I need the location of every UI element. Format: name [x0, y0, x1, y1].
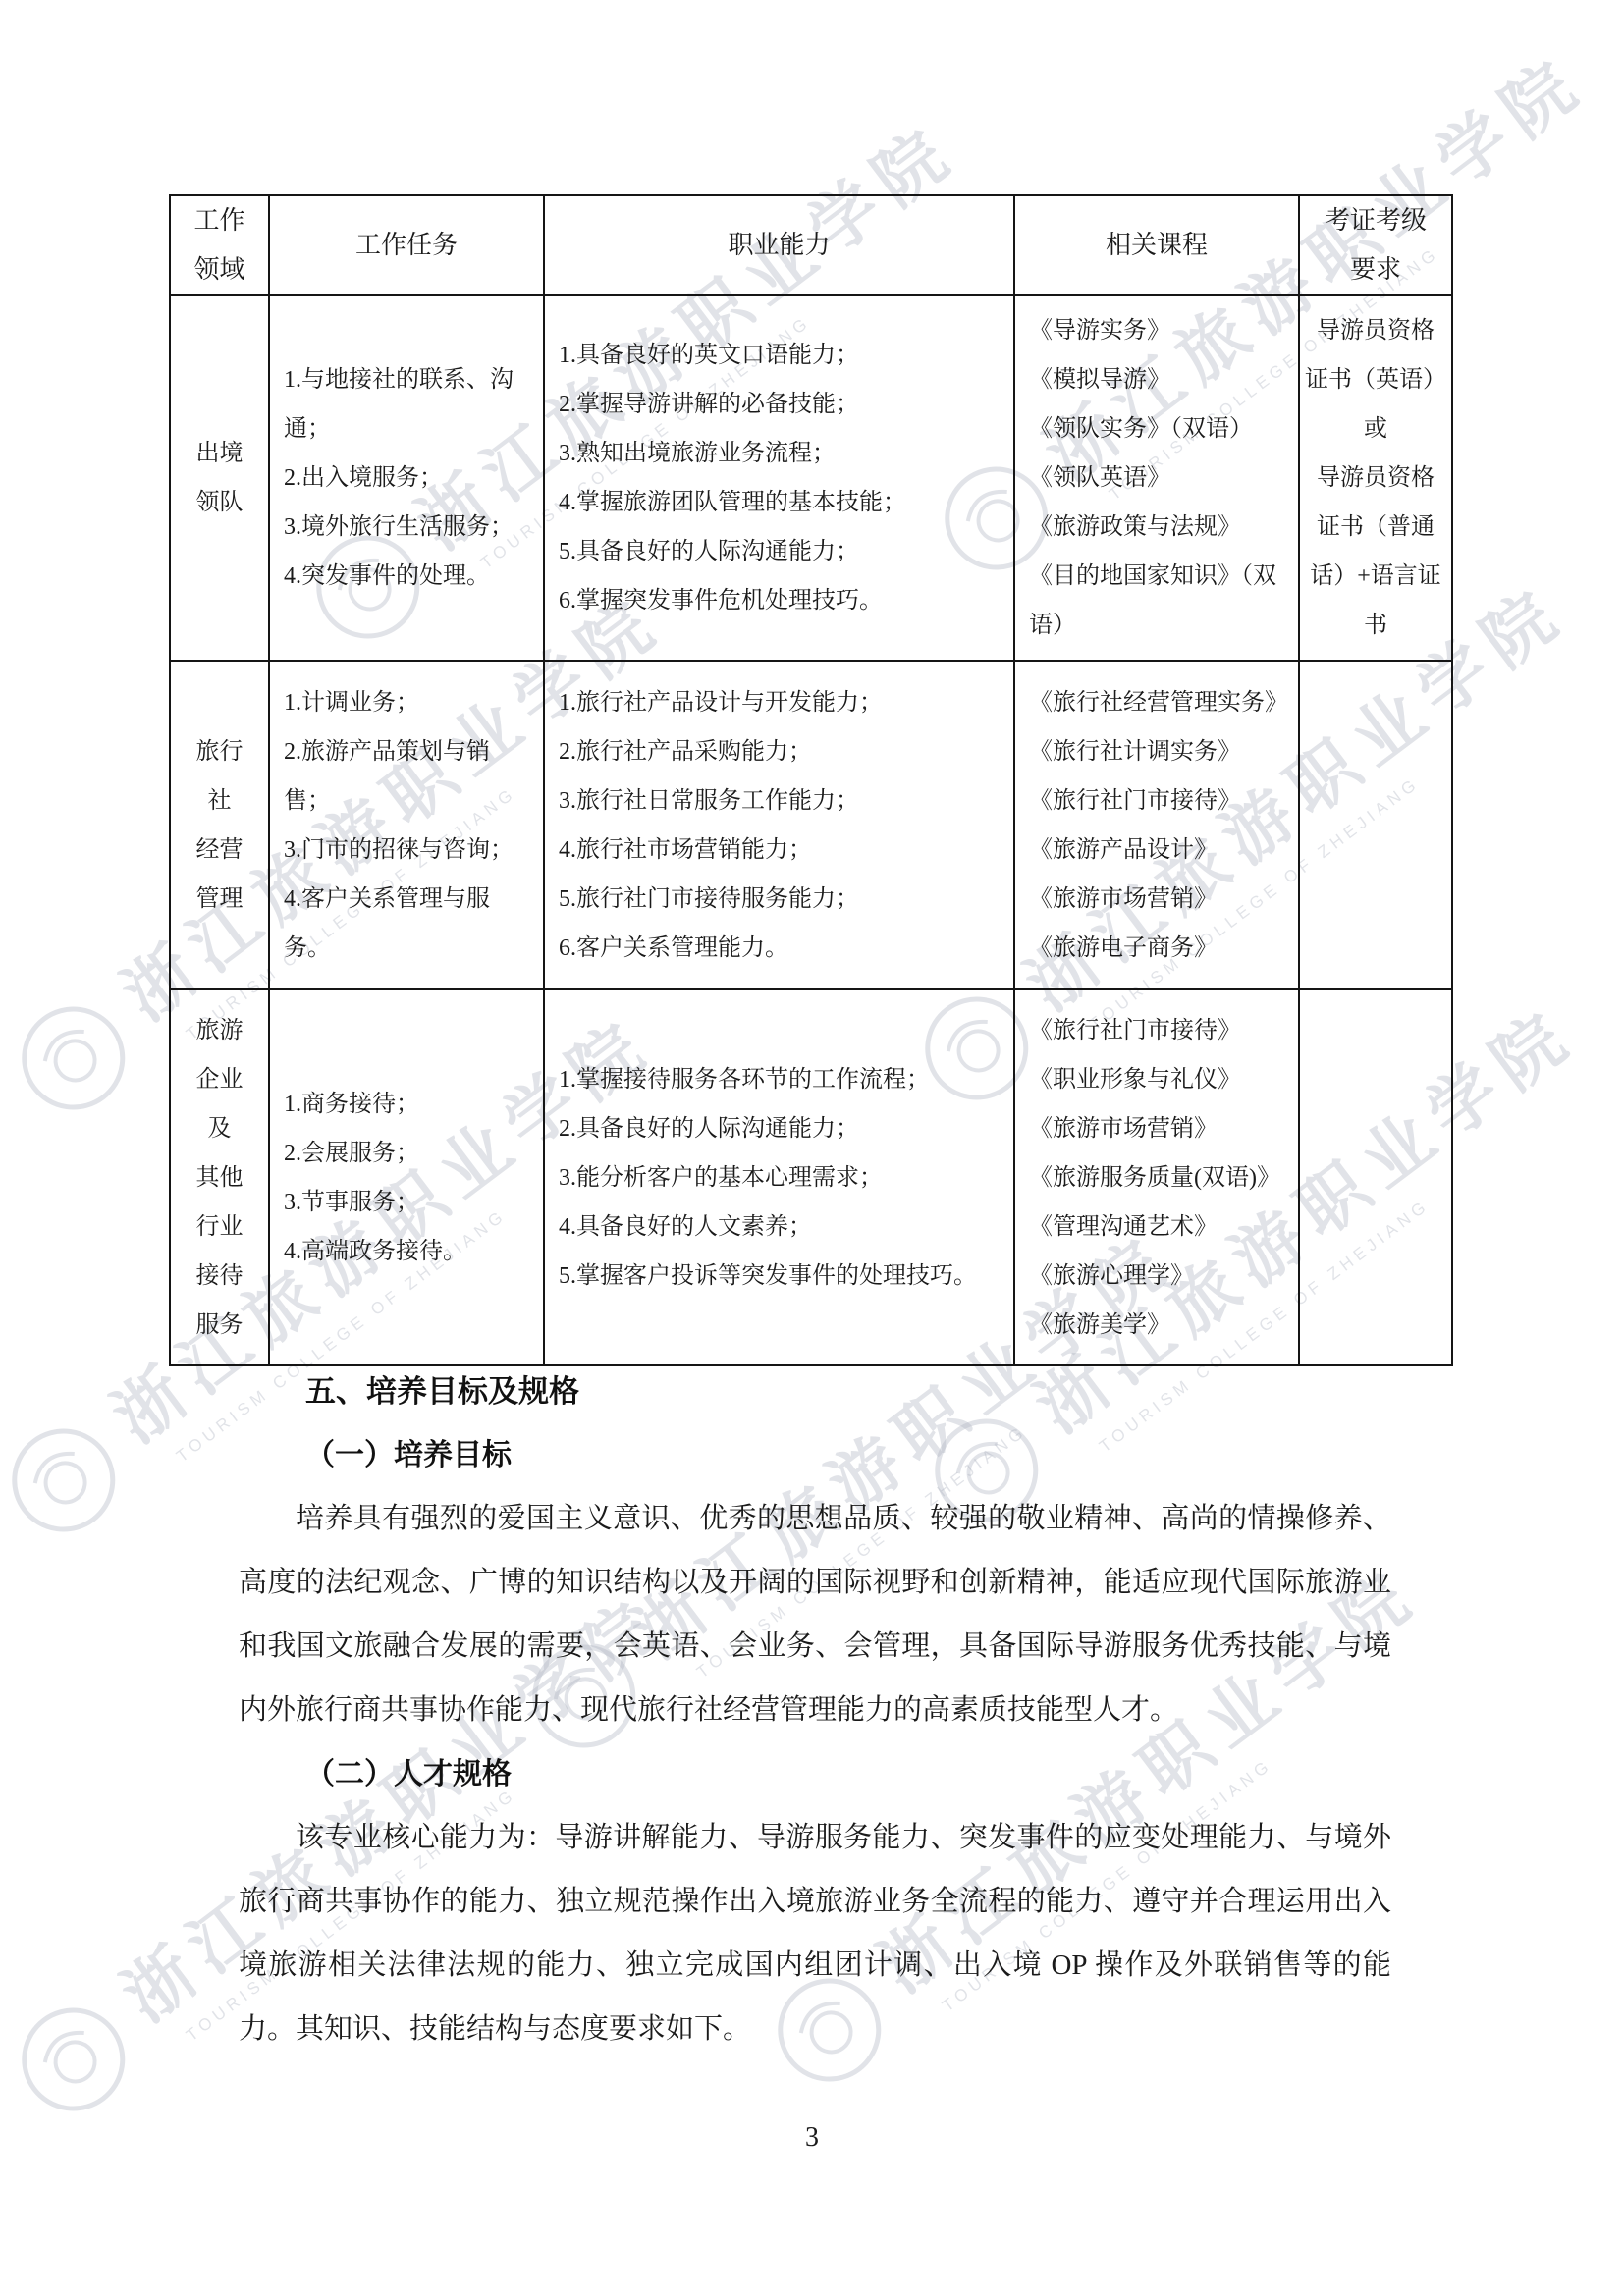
task-item: 1.商务接待； [284, 1080, 527, 1129]
task-item: 1.计调业务； [284, 678, 527, 727]
cert-line: 导游员资格 [1302, 306, 1449, 355]
task-item: 3.境外旅行生活服务； [284, 503, 527, 552]
subsection-heading-training-objectives: （一）培养目标 [239, 1423, 1391, 1487]
course-item: 《旅行社门市接待》 [1029, 1006, 1290, 1055]
ability-item: 4.掌握旅游团队管理的基本技能； [559, 478, 1005, 527]
college-seal-icon [0, 983, 148, 1134]
course-item: 《管理沟通艺术》 [1029, 1202, 1290, 1252]
certification-cell [1299, 661, 1452, 989]
table-header-row: 工作 领域 工作任务 职业能力 相关课程 考证考级 要求 [170, 195, 1452, 295]
header-work-domain: 工作 领域 [170, 195, 269, 295]
task-item: 4.客户关系管理与服务。 [284, 875, 527, 973]
course-item: 《目的地国家知识》（双语） [1029, 552, 1290, 650]
course-item: 《导游实务》 [1029, 306, 1290, 355]
occupation-analysis-table: 工作 领域 工作任务 职业能力 相关课程 考证考级 要求 [169, 194, 1453, 1366]
ability-item: 2.具备良好的人际沟通能力； [559, 1104, 1005, 1153]
course-item: 《旅游电子商务》 [1029, 924, 1290, 973]
abilities-cell: 1.旅行社产品设计与开发能力； 2.旅行社产品采购能力； 3.旅行社日常服务工作… [544, 661, 1014, 989]
table-row-travel-agency-management: 旅行 社 经营 管理 1.计调业务； 2.旅游产品策划与销售； 3.门市的招徕与… [170, 661, 1452, 989]
header-work-tasks: 工作任务 [269, 195, 544, 295]
page-number: 3 [0, 2122, 1624, 2154]
course-item: 《旅游美学》 [1029, 1301, 1290, 1350]
header-line: 工作 [171, 196, 268, 245]
course-item: 《旅游心理学》 [1029, 1252, 1290, 1301]
task-item: 3.门市的招徕与咨询； [284, 826, 527, 875]
ability-item: 4.具备良好的人文素养； [559, 1202, 1005, 1252]
ability-item: 3.旅行社日常服务工作能力； [559, 776, 1005, 826]
header-certification: 考证考级 要求 [1299, 195, 1452, 295]
course-item: 《模拟导游》 [1029, 355, 1290, 404]
section-heading-objectives-and-specs: 五、培养目标及规格 [239, 1360, 1391, 1423]
domain-line: 领队 [171, 478, 268, 527]
ability-item: 3.能分析客户的基本心理需求； [559, 1153, 1005, 1202]
domain-line: 管理 [171, 875, 268, 924]
certification-cell [1299, 989, 1452, 1365]
courses-cell: 《旅行社门市接待》 《职业形象与礼仪》 《旅游市场营销》 《旅游服务质量(双语)… [1014, 989, 1299, 1365]
domain-line: 企业 [171, 1055, 268, 1104]
domain-line: 旅游 [171, 1006, 268, 1055]
ability-item: 5.掌握客户投诉等突发事件的处理技巧。 [559, 1252, 1005, 1301]
cert-line: 或 [1302, 404, 1449, 454]
domain-line: 及 [171, 1104, 268, 1153]
header-line: 考证考级 [1300, 196, 1451, 245]
header-related-courses: 相关课程 [1014, 195, 1299, 295]
work-domain-cell: 出境 领队 [170, 295, 269, 661]
course-item: 《旅游市场营销》 [1029, 1104, 1290, 1153]
ability-item: 6.掌握突发事件危机处理技巧。 [559, 576, 1005, 625]
header-line: 工作任务 [270, 221, 543, 270]
ability-item: 3.熟知出境旅游业务流程； [559, 429, 1005, 478]
domain-line: 接待 [171, 1252, 268, 1301]
header-vocational-ability: 职业能力 [544, 195, 1014, 295]
ability-item: 4.旅行社市场营销能力； [559, 826, 1005, 875]
work-domain-cell: 旅行 社 经营 管理 [170, 661, 269, 989]
work-domain-cell: 旅游 企业 及 其他 行业 接待 服务 [170, 989, 269, 1365]
ability-item: 6.客户关系管理能力。 [559, 924, 1005, 973]
cert-line: 书 [1302, 601, 1449, 650]
training-objectives-section: 五、培养目标及规格 （一）培养目标 培养具有强烈的爱国主义意识、优秀的思想品质、… [239, 1360, 1391, 2061]
header-line: 职业能力 [545, 221, 1013, 270]
ability-item: 5.具备良好的人际沟通能力； [559, 527, 1005, 576]
cert-line: 证书（英语） [1302, 355, 1449, 404]
ability-item: 5.旅行社门市接待服务能力； [559, 875, 1005, 924]
ability-item: 1.具备良好的英文口语能力； [559, 331, 1005, 380]
course-item: 《职业形象与礼仪》 [1029, 1055, 1290, 1104]
ability-item: 2.旅行社产品采购能力； [559, 727, 1005, 776]
task-item: 1.与地接社的联系、沟通； [284, 355, 527, 454]
course-item: 《旅行社计调实务》 [1029, 727, 1290, 776]
ability-item: 1.掌握接待服务各环节的工作流程； [559, 1055, 1005, 1104]
certification-cell: 导游员资格 证书（英语） 或 导游员资格 证书（普通 话）+语言证 书 [1299, 295, 1452, 661]
document-page: 浙江旅游职业学院 TOURISM COLLEGE OF ZHEJIANG 浙江旅… [0, 0, 1624, 2296]
abilities-cell: 1.具备良好的英文口语能力； 2.掌握导游讲解的必备技能； 3.熟知出境旅游业务… [544, 295, 1014, 661]
cert-line: 导游员资格 [1302, 454, 1449, 503]
college-seal-icon [0, 1405, 138, 1556]
course-item: 《旅游市场营销》 [1029, 875, 1290, 924]
work-tasks-cell: 1.计调业务； 2.旅游产品策划与销售； 3.门市的招徕与咨询； 4.客户关系管… [269, 661, 544, 989]
course-item: 《旅游产品设计》 [1029, 826, 1290, 875]
cert-line: 话）+语言证 [1302, 552, 1449, 601]
task-item: 4.突发事件的处理。 [284, 552, 527, 601]
domain-line: 服务 [171, 1301, 268, 1350]
course-item: 《旅行社经营管理实务》 [1029, 678, 1290, 727]
college-seal-icon [0, 1984, 148, 2135]
courses-cell: 《旅行社经营管理实务》 《旅行社计调实务》 《旅行社门市接待》 《旅游产品设计》… [1014, 661, 1299, 989]
domain-line: 其他 [171, 1153, 268, 1202]
work-tasks-cell: 1.与地接社的联系、沟通； 2.出入境服务； 3.境外旅行生活服务； 4.突发事… [269, 295, 544, 661]
table-row-tourism-enterprise-reception: 旅游 企业 及 其他 行业 接待 服务 1.商务接待； 2.会展服务； 3.节事… [170, 989, 1452, 1365]
domain-line: 社 [171, 776, 268, 826]
domain-line: 行业 [171, 1202, 268, 1252]
task-item: 4.高端政务接待。 [284, 1227, 527, 1276]
task-item: 2.会展服务； [284, 1129, 527, 1178]
course-item: 《领队英语》 [1029, 454, 1290, 503]
course-item: 《旅行社门市接待》 [1029, 776, 1290, 826]
talent-specs-paragraph: 该专业核心能力为：导游讲解能力、导游服务能力、突发事件的应变处理能力、与境外旅行… [239, 1806, 1391, 2061]
subsection-heading-talent-specs: （二）人才规格 [239, 1742, 1391, 1806]
abilities-cell: 1.掌握接待服务各环节的工作流程； 2.具备良好的人际沟通能力； 3.能分析客户… [544, 989, 1014, 1365]
task-item: 2.出入境服务； [284, 454, 527, 503]
ability-item: 1.旅行社产品设计与开发能力； [559, 678, 1005, 727]
course-item: 《领队实务》（双语） [1029, 404, 1290, 454]
task-item: 2.旅游产品策划与销售； [284, 727, 527, 826]
courses-cell: 《导游实务》 《模拟导游》 《领队实务》（双语） 《领队英语》 《旅游政策与法规… [1014, 295, 1299, 661]
table-row-outbound-leader: 出境 领队 1.与地接社的联系、沟通； 2.出入境服务； 3.境外旅行生活服务；… [170, 295, 1452, 661]
header-line: 相关课程 [1015, 221, 1298, 270]
domain-line: 经营 [171, 826, 268, 875]
ability-item: 2.掌握导游讲解的必备技能； [559, 380, 1005, 429]
training-objectives-paragraph: 培养具有强烈的爱国主义意识、优秀的思想品质、较强的敬业精神、高尚的情操修养、高度… [239, 1487, 1391, 1742]
course-item: 《旅游政策与法规》 [1029, 503, 1290, 552]
domain-line: 出境 [171, 429, 268, 478]
task-item: 3.节事服务； [284, 1178, 527, 1227]
header-line: 领域 [171, 245, 268, 294]
work-tasks-cell: 1.商务接待； 2.会展服务； 3.节事服务； 4.高端政务接待。 [269, 989, 544, 1365]
header-line: 要求 [1300, 245, 1451, 294]
cert-line: 证书（普通 [1302, 503, 1449, 552]
domain-line: 旅行 [171, 727, 268, 776]
course-item: 《旅游服务质量(双语)》 [1029, 1153, 1290, 1202]
